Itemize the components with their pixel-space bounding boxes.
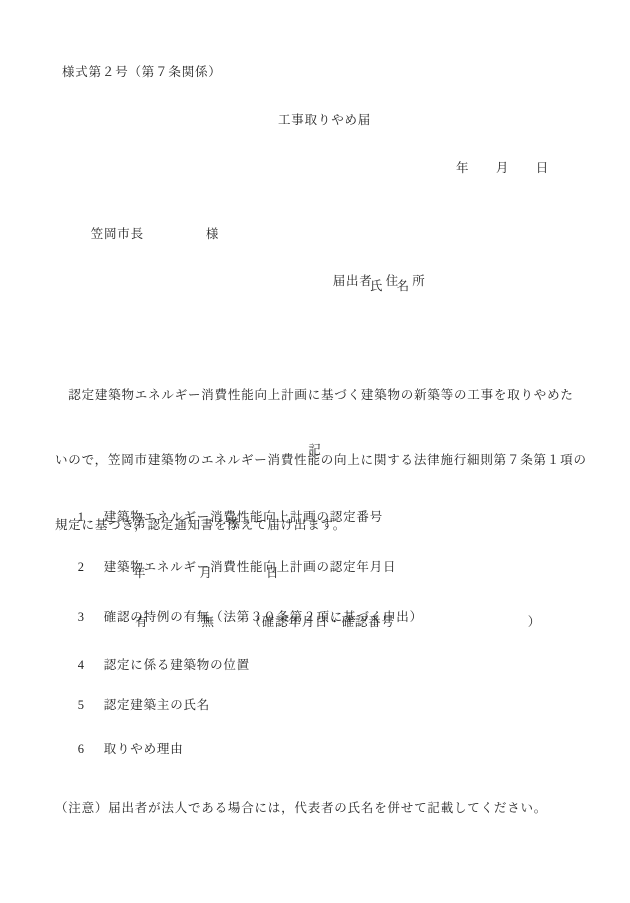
- record-heading: 記: [0, 441, 630, 460]
- item-number: 3: [78, 608, 104, 627]
- addressee-row: 笠岡市長様: [75, 206, 219, 263]
- item-label: 取りやめ理由: [104, 742, 184, 756]
- list-item-1-fill-line: 第 号: [133, 514, 239, 533]
- date-fill-line: 年 月 日: [456, 159, 549, 178]
- form-number-label: 様式第２号（第７条関係）: [62, 63, 222, 82]
- submitter-name-label: 氏 名: [370, 277, 410, 296]
- document-page: 様式第２号（第７条関係） 工事取りやめ届 年 月 日 笠岡市長様 届出者住 所 …: [0, 0, 630, 903]
- item-number: 4: [78, 656, 104, 675]
- document-title: 工事取りやめ届: [278, 111, 371, 130]
- item-number: 6: [78, 740, 104, 759]
- list-item-3-fill-line: 有 無 （確認年月日・確認番号 ）: [135, 613, 541, 632]
- item-number: 5: [78, 696, 104, 715]
- item-label: 認定建築主の氏名: [104, 698, 210, 712]
- body-line: 認定建築物エネルギー消費性能向上計画に基づく建築物の新築等の工事を取りやめた: [55, 382, 580, 409]
- item-number: 1: [78, 508, 104, 527]
- item-label: 認定に係る建築物の位置: [104, 658, 250, 672]
- submitter-label: 届出者: [333, 274, 373, 288]
- item-number: 2: [78, 558, 104, 577]
- caution-note: （注意）届出者が法人である場合には，代表者の氏名を併せて記載してください。: [55, 799, 547, 818]
- list-item-2-fill-line: 年 月 日: [133, 564, 279, 583]
- addressee-honorific: 様: [206, 227, 219, 241]
- addressee-name: 笠岡市長: [91, 227, 144, 241]
- list-item-6: 6取りやめ理由: [62, 721, 184, 778]
